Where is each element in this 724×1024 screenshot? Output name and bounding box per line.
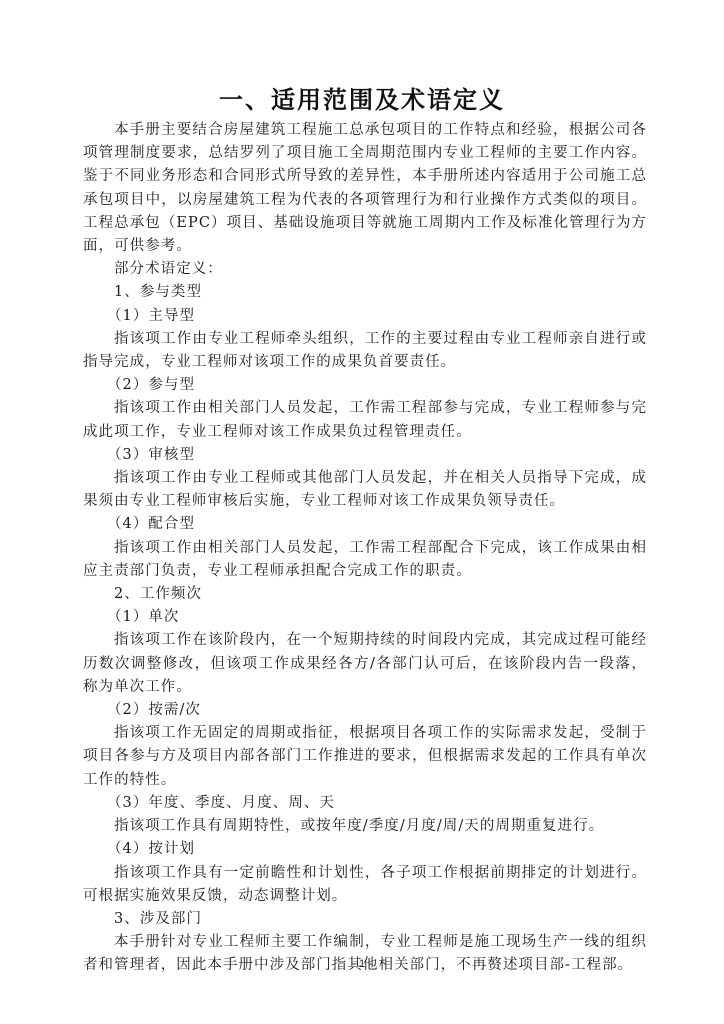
term-label-on-demand: （2）按需/次 bbox=[83, 699, 647, 722]
section-title: 一、适用范围及术语定义 bbox=[0, 80, 724, 115]
term-label-planned: （4）按计划 bbox=[83, 838, 647, 861]
term-definition-planned: 指该项工作具有一定前瞻性和计划性，各子项工作根据前期排定的计划进行。可根据实施效… bbox=[83, 862, 647, 908]
terms-heading: 部分术语定义： bbox=[83, 258, 647, 281]
intro-paragraph: 本手册主要结合房屋建筑工程施工总承包项目的工作特点和经验，根据公司各项管理制度要… bbox=[83, 119, 647, 258]
term-definition-on-demand: 指该项工作无固定的周期或指征，根据项目各项工作的实际需求发起，受制于项目各参与方… bbox=[83, 722, 647, 792]
term-definition-leading: 指该项工作由专业工程师牵头组织，工作的主要过程由专业工程师亲自进行或指导完成，专… bbox=[83, 328, 647, 374]
term-definition-participating: 指该项工作由相关部门人员发起，工作需工程部参与完成，专业工程师参与完成此项工作，… bbox=[83, 397, 647, 443]
term-label-leading: （1）主导型 bbox=[83, 305, 647, 328]
departments-paragraph: 本手册针对专业工程师主要工作编制，专业工程师是施工现场生产一线的组织者和管理者，… bbox=[83, 931, 647, 977]
term-label-single: （1）单次 bbox=[83, 606, 647, 629]
term-definition-cooperating: 指该项工作由相关部门人员发起，工作需工程部配合下完成，该工作成果由相应主责部门负… bbox=[83, 537, 647, 583]
page-number: - 1 - bbox=[0, 958, 724, 970]
term-definition-single: 指该项工作在该阶段内，在一个短期持续的时间段内完成，其完成过程可能经历数次调整修… bbox=[83, 629, 647, 699]
term-label-participating: （2）参与型 bbox=[83, 374, 647, 397]
section-heading-departments: 3、涉及部门 bbox=[83, 908, 647, 931]
term-label-periodic: （3）年度、季度、月度、周、天 bbox=[83, 792, 647, 815]
term-definition-periodic: 指该项工作具有周期特性，或按年度/季度/月度/周/天的周期重复进行。 bbox=[83, 815, 647, 838]
document-page: 一、适用范围及术语定义 本手册主要结合房屋建筑工程施工总承包项目的工作特点和经验… bbox=[0, 0, 724, 1024]
term-definition-reviewing: 指该项工作由专业工程师或其他部门人员发起，并在相关人员指导下完成，成果须由专业工… bbox=[83, 467, 647, 513]
section-heading-work-frequency: 2、工作频次 bbox=[83, 583, 647, 606]
section-heading-participation-type: 1、参与类型 bbox=[83, 281, 647, 304]
document-body: 本手册主要结合房屋建筑工程施工总承包项目的工作特点和经验，根据公司各项管理制度要… bbox=[83, 119, 647, 978]
term-label-cooperating: （4）配合型 bbox=[83, 513, 647, 536]
term-label-reviewing: （3）审核型 bbox=[83, 444, 647, 467]
